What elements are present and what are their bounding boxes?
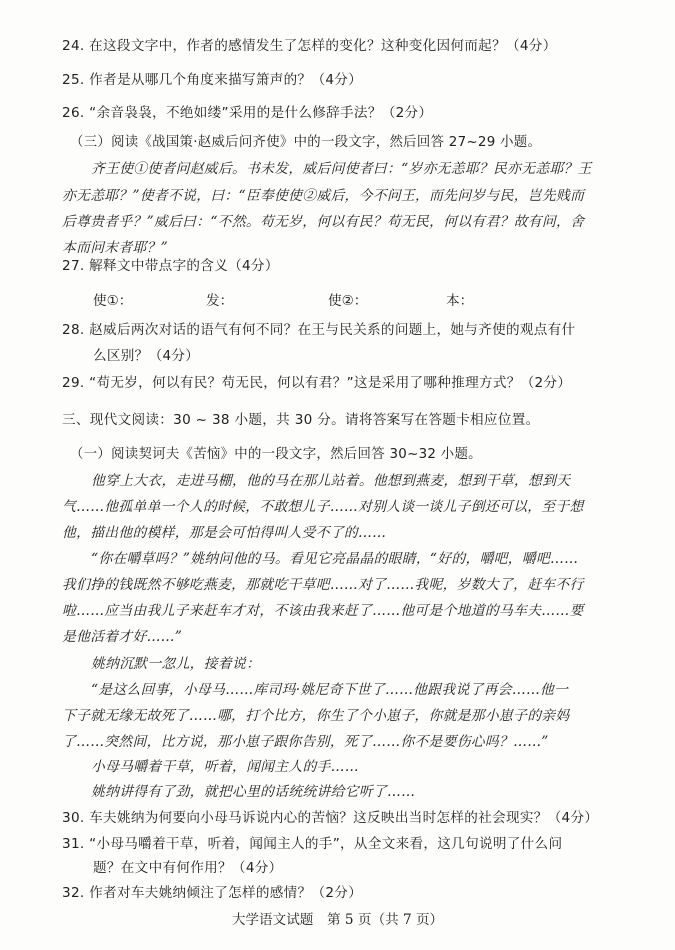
passage-line: 本而问末者耶？” bbox=[62, 238, 168, 258]
question-30: 30. 车夫姚纳为何要向小母马诉说内心的苦恼？这反映出当时怎样的社会现实？（4分… bbox=[62, 808, 598, 828]
page-footer: 大学语文试题 第 5 页（共 7 页） bbox=[0, 908, 675, 928]
term-shi-2: 使②： bbox=[328, 289, 367, 309]
passage-line: “是这么回事，小母马……库司玛·姚尼奇下世了……他跟我说了再会……他一 bbox=[91, 680, 568, 700]
passage-line: “你在嚼草吗？”姚纳问他的马。看见它亮晶晶的眼睛，“好的，嚼吧，嚼吧…… bbox=[91, 549, 578, 569]
question-25: 25. 作者是从哪几个角度来描写箫声的？（4分） bbox=[62, 70, 362, 90]
passage-line: 啦……应当由我儿子来赶车才对，不该由我来赶了……他可是个地道的马车夫……要 bbox=[62, 601, 584, 621]
passage-line: 姚纳讲得有了劲，就把心里的话统统讲给它听了…… bbox=[91, 782, 415, 802]
question-32: 32. 作者对车夫姚纳倾注了怎样的感情？（2分） bbox=[62, 883, 362, 903]
passage-line: 下子就无缘无故死了……哪，打个比方，你生了个小崽子，你就是那小崽子的亲妈 bbox=[62, 706, 570, 726]
question-28-cont: 么区别？（4分） bbox=[93, 346, 199, 366]
question-29: 29. “苟无岁，何以有民？苟无民，何以有君？”这是采用了哪种推理方式？（2分） bbox=[62, 373, 571, 393]
passage-line: 气……他孤单单一个人的时候，不敢想儿子……对别人谈一谈儿子倒还可以，至于想 bbox=[62, 497, 584, 517]
question-27: 27. 解释文中带点字的含义（4分） bbox=[62, 256, 279, 276]
term-fa: 发： bbox=[206, 289, 233, 309]
question-28: 28. 赵威后两次对话的语气有何不同？在王与民关系的问题上，她与齐使的观点有什 bbox=[62, 320, 575, 340]
passage-line: 姚纳沉默一忽儿，接着说： bbox=[91, 654, 260, 674]
passage-line: 亦无恙耶？”使者不说，曰：“臣奉使使②威后，今不问王，而先问岁与民，岂先贱而 bbox=[62, 186, 584, 206]
part-three-heading: 三、现代文阅读：30 ~ 38 小题，共 30 分。请将答案写在答题卡相应位置。 bbox=[62, 410, 540, 430]
question-24: 24. 在这段文字中，作者的感情发生了怎样的变化？这种变化因何而起？（4分） bbox=[62, 36, 557, 56]
question-26: 26. “余音袅袅，不绝如缕”采用的是什么修辞手法？（2分） bbox=[62, 103, 432, 123]
passage-line: 他穿上大衣，走进马棚，他的马在那儿站着。他想到燕麦，想到干草，想到天 bbox=[91, 471, 570, 491]
passage-line: 后尊贵者乎？”威后曰：“不然。苟无岁，何以有民？苟无民，何以有君？故有问，舍 bbox=[62, 212, 584, 232]
term-ben: 本： bbox=[446, 289, 473, 309]
passage-line: 齐王使①使者问赵威后。书未发，威后问使者曰：“岁亦无恙耶？民亦无恙耶？王 bbox=[91, 159, 592, 179]
term-shi-1: 使①： bbox=[93, 289, 132, 309]
passage-line: 是他活着才好……” bbox=[62, 627, 182, 647]
passage-line: 我们挣的钱既然不够吃燕麦，那就吃干草吧……对了……我呢，岁数大了，赶车不行 bbox=[62, 575, 584, 595]
passage-line: 了……突然间，比方说，那小崽子跟你告别，死了……你不是要伤心吗？……” bbox=[62, 732, 549, 752]
passage-line: 他，描出他的模样，那是会可怕得叫人受不了的…… bbox=[62, 523, 386, 543]
question-31-cont: 题？在文中有何作用？（4分） bbox=[93, 858, 283, 878]
question-31: 31. “小母马嚼着干草，听着，闻闻主人的手”，从全文来看，这几句说明了什么问 bbox=[62, 834, 562, 854]
section-heading-modern: （一）阅读契诃夫《苦恼》中的一段文字，然后回答 30~32 小题。 bbox=[70, 445, 482, 465]
section-heading-classical: （三）阅读《战国策·赵威后问齐使》中的一段文字，然后回答 27~29 小题。 bbox=[70, 133, 541, 153]
passage-line: 小母马嚼着干草，听着，闻闻主人的手…… bbox=[91, 757, 359, 777]
